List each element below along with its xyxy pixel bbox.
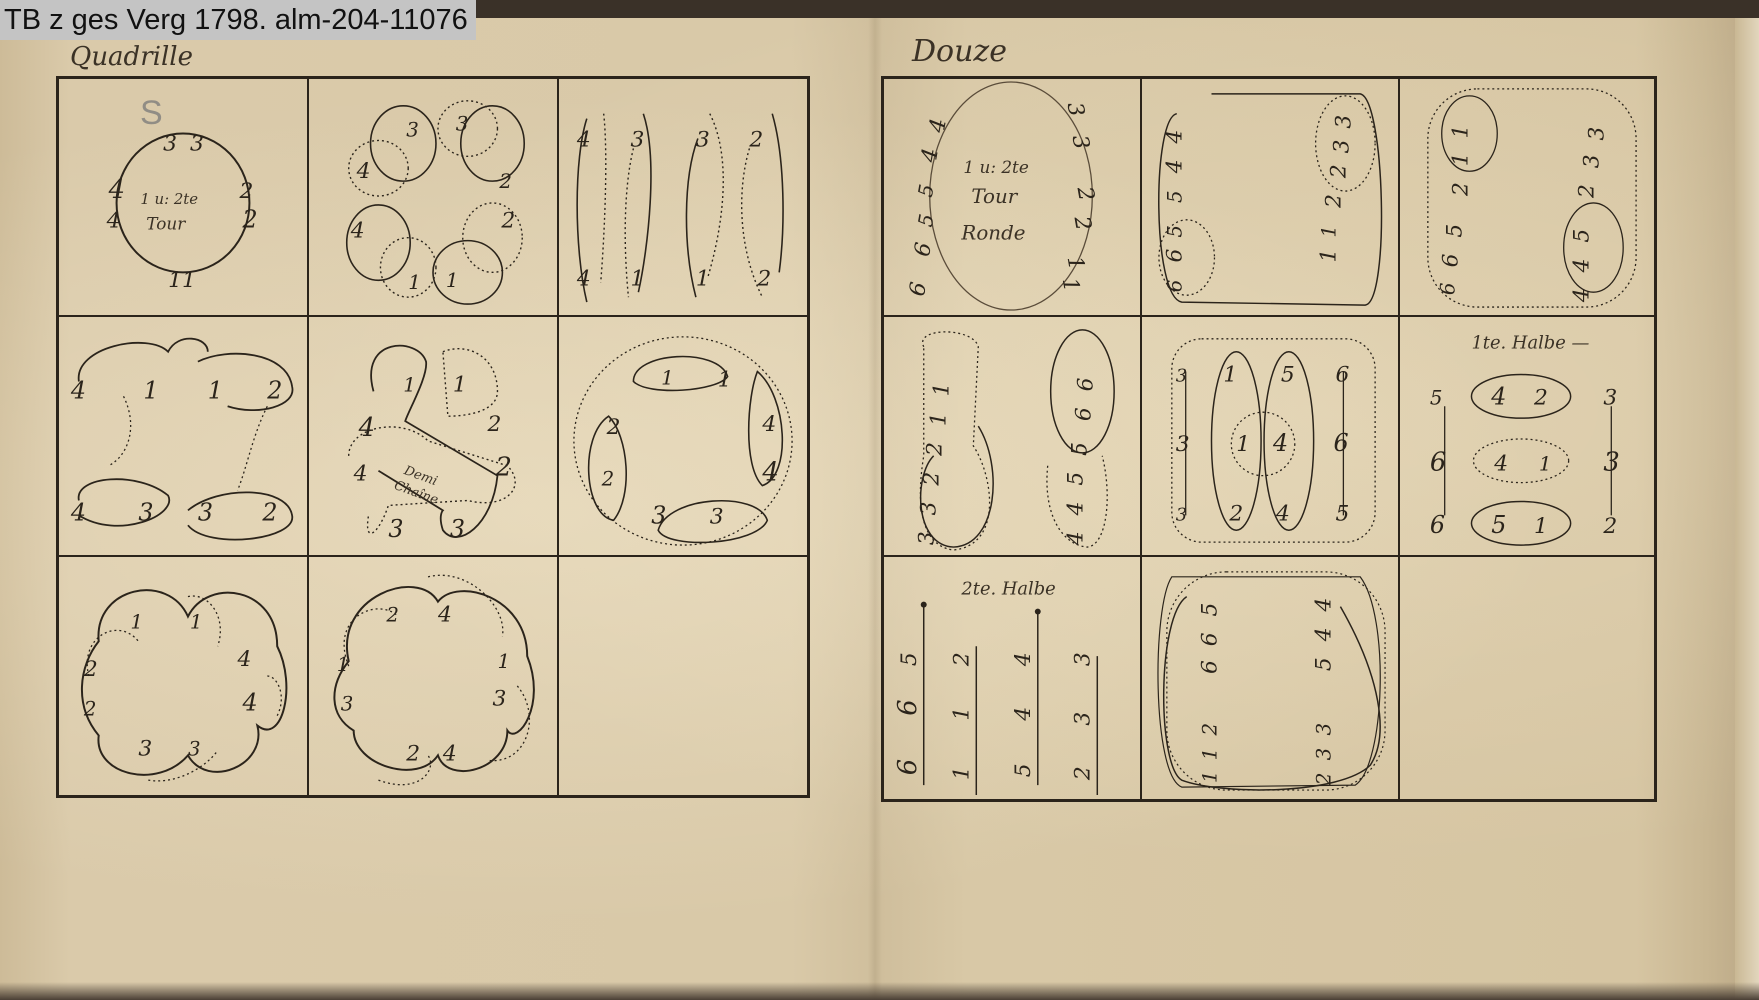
svg-text:4: 4 [1063,531,1088,546]
svg-text:1: 1 [1062,254,1089,272]
svg-text:1: 1 [168,268,182,293]
svg-text:2: 2 [923,442,948,457]
svg-text:1: 1 [1316,249,1341,263]
svg-text:6: 6 [1073,377,1098,391]
svg-text:2: 2 [920,472,945,487]
svg-text:1: 1 [718,367,732,392]
svg-text:5: 5 [914,182,939,198]
svg-text:3: 3 [341,693,354,716]
svg-text:4: 4 [1569,258,1594,273]
svg-text:2: 2 [1321,194,1346,209]
douze-panel-1: 6 6 5 5 4 4 3 3 2 2 1 1 1 u: 2te Tour Ro… [883,78,1141,316]
svg-text:1: 1 [927,412,952,426]
quadrille-panel-5: 1 1 4 2 4 2 3 3 Demi Chaîne [308,316,558,556]
svg-text:3: 3 [696,127,710,152]
svg-text:3: 3 [1313,723,1336,736]
douze-panel-3: 6 6 5 2 1 1 4 4 5 2 3 3 [1399,78,1655,316]
svg-text:4: 4 [1011,707,1036,722]
svg-text:1: 1 [930,382,955,396]
demi-chaine-figure-diagram: 1 1 4 2 4 2 3 3 Demi Chaîne [309,317,557,555]
svg-text:4: 4 [576,266,591,291]
rond-figure-diagram: 1 1 2 4 2 4 3 3 [559,317,807,555]
clover-figure-diagram: 1 1 2 4 2 4 3 3 [59,557,307,795]
svg-text:4: 4 [1569,288,1594,303]
svg-text:4: 4 [917,146,944,165]
svg-text:1: 1 [696,266,710,291]
svg-text:3: 3 [493,687,507,712]
quadrille-panel-1: 3 3 4 4 2 2 1 1 1 u: 2te Tour [58,78,308,316]
svg-text:4: 4 [1063,501,1088,516]
svg-text:2: 2 [756,266,771,291]
svg-text:2: 2 [241,206,257,234]
quadrille-panel-7: 1 1 2 4 2 4 3 3 [58,556,308,796]
svg-text:1: 1 [403,373,416,396]
svg-text:1: 1 [208,376,223,404]
douze-figure-diagram-8: 5 6 6 2 1 1 4 4 5 3 3 2 [1142,557,1398,799]
figure-label: 2te. Halbe [960,579,1055,600]
svg-text:4: 4 [1011,652,1036,667]
svg-text:6: 6 [1163,248,1188,262]
svg-text:1: 1 [949,707,974,721]
svg-text:3: 3 [1176,432,1190,457]
svg-text:1: 1 [143,376,158,404]
svg-text:3: 3 [1313,748,1336,761]
svg-text:2: 2 [1071,184,1098,203]
svg-text:1: 1 [130,610,143,633]
svg-text:6: 6 [1437,283,1460,296]
svg-text:6: 6 [1197,632,1222,646]
svg-text:3: 3 [915,531,940,545]
svg-text:2: 2 [1533,385,1548,410]
svg-text:4: 4 [70,498,86,526]
svg-text:5: 5 [1011,763,1036,777]
douze-panel-9-empty [1399,556,1655,800]
svg-text:2: 2 [1574,184,1599,199]
douze-panel-5: 3 1 5 6 3 1 4 6 3 2 4 5 [1141,316,1399,556]
svg-text:4: 4 [437,602,452,627]
svg-text:3: 3 [1070,712,1095,726]
svg-text:2: 2 [1449,182,1474,197]
douze-panel-8: 5 6 6 2 1 1 4 4 5 3 3 2 [1141,556,1399,800]
svg-text:3: 3 [630,127,644,152]
lines-figure-diagram: 4 3 3 2 4 1 1 2 [559,79,807,315]
quadrille-panel-4: 4 1 1 2 4 3 3 2 [58,316,308,556]
loops-figure-diagram: 3 3 4 2 4 2 1 1 [309,79,557,315]
svg-text:4: 4 [237,647,252,672]
svg-text:5: 5 [1063,472,1088,486]
douze-figure-diagram-5: 3 1 5 6 3 1 4 6 3 2 4 5 [1142,317,1398,555]
svg-text:2: 2 [748,127,763,152]
svg-text:2: 2 [261,498,277,526]
svg-text:5: 5 [1281,362,1295,387]
douze-figure-grid: 6 6 5 5 4 4 3 3 2 2 1 1 1 u: 2te Tour Ro… [881,76,1657,802]
svg-text:3: 3 [710,504,724,529]
svg-text:4: 4 [108,175,125,205]
svg-text:5: 5 [1067,442,1092,456]
svg-text:6: 6 [905,280,932,298]
svg-text:6: 6 [1335,362,1349,387]
svg-text:4: 4 [442,741,457,766]
svg-text:4: 4 [353,462,368,487]
circle-figure-diagram: 3 3 4 4 2 2 1 1 1 u: 2te Tour [59,79,307,315]
svg-text:3: 3 [406,119,419,142]
svg-text:3: 3 [651,501,666,529]
svg-text:3: 3 [138,498,153,526]
svg-text:4: 4 [761,458,778,488]
svg-text:6: 6 [1439,253,1464,267]
svg-text:4: 4 [1272,429,1288,457]
figure-label: Tour [146,214,186,234]
svg-text:3: 3 [1176,504,1187,525]
svg-text:4: 4 [350,219,365,244]
svg-text:3: 3 [1067,133,1094,151]
svg-text:1: 1 [1236,432,1250,457]
svg-text:2: 2 [1068,214,1095,233]
svg-text:1: 1 [497,650,510,673]
svg-text:3: 3 [190,131,204,156]
svg-text:4: 4 [576,127,591,152]
svg-text:3: 3 [917,501,942,515]
svg-text:6: 6 [1164,280,1187,293]
svg-text:4: 4 [1163,130,1188,145]
svg-text:1: 1 [453,372,467,397]
svg-text:3: 3 [188,737,201,760]
svg-text:2: 2 [385,603,399,626]
quadrille-panel-3: 4 3 3 2 4 1 1 2 [558,78,808,316]
svg-text:5: 5 [1197,603,1222,617]
quadrille-panel-6: 1 1 2 4 2 4 3 3 [558,316,808,556]
svg-text:5: 5 [914,212,939,228]
svg-text:5: 5 [1164,190,1187,203]
tour-ronde-figure-diagram: 6 6 5 5 4 4 3 3 2 2 1 1 1 u: 2te Tour Ro… [884,79,1140,315]
douze-figure-diagram-4: 3 3 2 2 1 1 4 4 5 5 6 6 [884,317,1140,555]
svg-text:2: 2 [494,453,511,483]
svg-text:1: 1 [1223,362,1237,387]
figure-label: 1 u: 2te [140,190,198,208]
svg-text:2: 2 [1602,514,1617,539]
svg-text:1: 1 [408,271,421,294]
svg-text:1: 1 [661,366,674,389]
svg-text:4: 4 [1490,382,1506,410]
svg-text:2: 2 [606,415,621,440]
svg-text:4: 4 [761,412,776,437]
douze-panel-7: 2te. Halbe 5 6 6 2 1 1 4 4 5 3 3 2 [883,556,1141,800]
svg-text:2: 2 [1198,723,1221,737]
page-edge [1735,18,1759,1000]
svg-text:6: 6 [893,699,923,715]
svg-text:1: 1 [182,268,196,293]
svg-text:5: 5 [1491,511,1506,539]
svg-text:3: 3 [388,515,403,543]
svg-text:4: 4 [1312,627,1337,642]
zweite-halbe-figure-diagram: 2te. Halbe 5 6 6 2 1 1 4 4 5 3 3 2 [884,557,1140,799]
douze-panel-4: 3 3 2 2 1 1 4 4 5 5 6 6 [883,316,1141,556]
douze-panel-2: 6 6 5 5 4 4 1 1 2 2 3 3 [1141,78,1399,316]
chain-figure-diagram: 4 1 1 2 4 3 3 2 [59,317,307,555]
svg-text:6: 6 [1333,429,1348,457]
svg-text:5: 5 [897,652,922,666]
svg-text:3: 3 [1603,385,1617,410]
svg-text:3: 3 [1062,100,1089,118]
svg-text:6: 6 [893,759,923,775]
svg-text:5: 5 [1569,229,1594,243]
svg-text:2: 2 [1228,501,1243,526]
svg-text:3: 3 [1579,154,1604,168]
quadrille-panel-2: 3 3 4 2 4 2 1 1 [308,78,558,316]
svg-text:1: 1 [446,269,459,292]
svg-text:2: 2 [83,657,98,682]
svg-text:1: 1 [337,653,350,676]
svg-text:1: 1 [1534,514,1548,539]
svg-text:3: 3 [1584,127,1609,141]
svg-text:2: 2 [500,209,515,234]
section-title-douze: Douze [912,34,1007,69]
figure-label: 1 u: 2te [963,157,1028,177]
douze-figure-diagram-2: 6 6 5 5 4 4 1 1 2 2 3 3 [1142,79,1398,315]
quadrille-figure-grid: 3 3 4 4 2 2 1 1 1 u: 2te Tour 3 3 4 2 4 [56,76,810,798]
page-fold [868,18,882,1000]
svg-text:4: 4 [106,209,121,234]
svg-text:2: 2 [1313,772,1336,786]
svg-text:2: 2 [1070,766,1095,781]
svg-text:3: 3 [1331,115,1356,129]
svg-text:1: 1 [1449,152,1474,166]
svg-text:4: 4 [70,376,86,404]
svg-text:4: 4 [356,159,371,184]
svg-text:3: 3 [163,131,177,156]
svg-text:6: 6 [1430,448,1446,478]
svg-text:1: 1 [630,266,644,291]
quadrille-panel-9-empty [558,556,808,796]
svg-text:1: 1 [1198,771,1221,784]
svg-text:6: 6 [1430,511,1445,539]
image-caption: TB z ges Verg 1798. alm-204-11076 [0,0,476,40]
svg-text:2: 2 [949,652,974,667]
svg-text:4: 4 [1312,598,1337,613]
douze-panel-6: 1te. Halbe — 5 4 2 3 6 4 1 3 6 5 1 2 [1399,316,1655,556]
svg-text:3: 3 [450,515,465,543]
watermark-letter: S [140,94,163,133]
svg-text:3: 3 [456,113,469,136]
erste-halbe-figure-diagram: 1te. Halbe — 5 4 2 3 6 4 1 3 6 5 1 2 [1400,317,1654,555]
svg-text:1: 1 [1057,276,1084,294]
svg-text:2: 2 [405,741,420,766]
svg-text:1: 1 [1317,225,1340,238]
svg-text:2: 2 [1326,164,1351,179]
svg-text:6: 6 [1197,660,1222,674]
svg-text:3: 3 [198,498,213,526]
svg-text:2: 2 [498,170,512,193]
svg-text:5: 5 [1164,225,1187,238]
svg-text:2: 2 [239,179,254,204]
svg-text:3: 3 [1070,652,1095,666]
svg-text:4: 4 [1493,452,1508,477]
svg-text:4: 4 [1163,159,1188,174]
figure-label: Ronde [960,222,1025,245]
quadrille-panel-8: 2 4 1 1 3 3 2 4 [308,556,558,796]
svg-text:1: 1 [1449,125,1474,139]
svg-text:1: 1 [190,610,203,633]
douze-figure-diagram-3: 6 6 5 2 1 1 4 4 5 2 3 3 [1400,79,1654,315]
svg-text:4: 4 [1275,501,1290,526]
svg-text:4: 4 [925,117,952,136]
svg-text:3: 3 [1603,448,1619,478]
figure-label: Tour [971,185,1018,208]
svg-text:6: 6 [1071,407,1096,421]
svg-text:2: 2 [83,698,97,721]
svg-text:5: 5 [1430,386,1443,409]
svg-text:6: 6 [910,240,937,258]
svg-text:1: 1 [949,766,974,780]
figure-label: 1te. Halbe — [1471,333,1589,354]
svg-text:1: 1 [1198,748,1221,761]
svg-text:4: 4 [358,413,375,443]
svg-text:3: 3 [1176,365,1187,386]
svg-text:2: 2 [601,468,615,491]
section-title-quadrille: Quadrille [70,42,193,72]
svg-text:5: 5 [1335,501,1349,526]
svg-text:3: 3 [1329,139,1354,153]
svg-text:5: 5 [1312,657,1337,671]
svg-text:4: 4 [241,689,257,717]
page-shadow [0,982,1759,1000]
svg-text:5: 5 [1443,224,1468,238]
svg-text:2: 2 [266,376,282,404]
svg-text:1: 1 [1539,453,1552,476]
clover-figure-diagram-2: 2 4 1 1 3 3 2 4 [309,557,557,795]
svg-text:2: 2 [487,412,502,437]
svg-text:3: 3 [138,736,152,761]
